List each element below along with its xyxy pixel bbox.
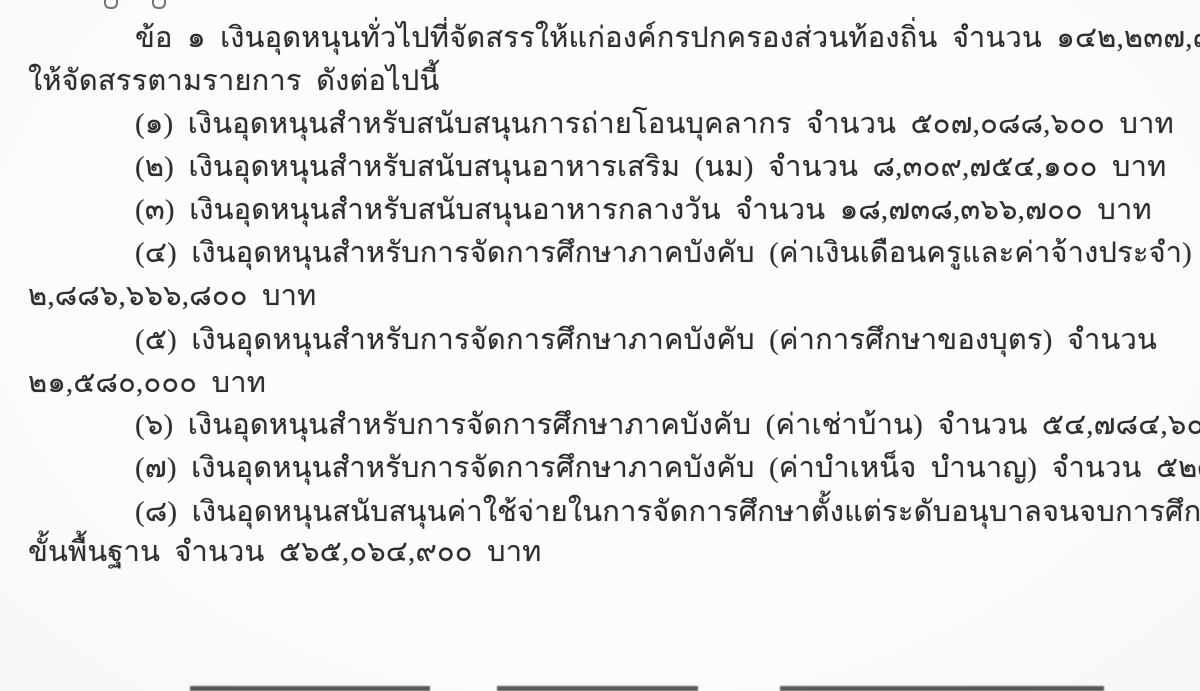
bottom-edge-artifact: [780, 686, 1104, 691]
allocation-item-6: (๖) เงินอุดหนุนสำหรับการจัดการศึกษาภาคบั…: [135, 407, 1160, 443]
allocation-item-2: (๒) เงินอุดหนุนสำหรับสนับสนุนอาหารเสริม …: [135, 149, 1160, 185]
document-page: ข้อ ๑ เงินอุดหนุนทั่วไปที่จัดสรรให้แก่อง…: [0, 0, 1200, 691]
allocation-item-8-cont: ขั้นพื้นฐาน จำนวน ๕๖๕,๐๖๔,๙๐๐ บาท: [28, 534, 1160, 570]
allocation-item-4-amount: ๒,๘๘๖,๖๖๖,๘๐๐ บาท: [28, 278, 1160, 314]
allocation-item-1: (๑) เงินอุดหนุนสำหรับสนับสนุนการถ่ายโอนบ…: [135, 106, 1160, 142]
allocation-item-4: (๔) เงินอุดหนุนสำหรับการจัดการศึกษาภาคบั…: [135, 235, 1160, 271]
cropped-previous-line-artifact: [104, 0, 118, 9]
clause-heading-line-cont: ให้จัดสรรตามรายการ ดังต่อไปนี้: [28, 63, 1160, 99]
bottom-edge-artifact: [190, 686, 430, 691]
allocation-item-5-amount: ๒๑,๕๘๐,๐๐๐ บาท: [28, 365, 1160, 401]
cropped-previous-line-artifact: [152, 0, 166, 9]
allocation-item-8: (๘) เงินอุดหนุนสนับสนุนค่าใช้จ่ายในการจั…: [135, 494, 1160, 530]
allocation-item-3: (๓) เงินอุดหนุนสำหรับสนับสนุนอาหารกลางวั…: [135, 192, 1160, 228]
bottom-edge-artifact: [497, 686, 698, 691]
allocation-item-7: (๗) เงินอุดหนุนสำหรับการจัดการศึกษาภาคบั…: [135, 450, 1160, 486]
allocation-item-5: (๕) เงินอุดหนุนสำหรับการจัดการศึกษาภาคบั…: [135, 322, 1160, 358]
clause-heading-line: ข้อ ๑ เงินอุดหนุนทั่วไปที่จัดสรรให้แก่อง…: [135, 20, 1160, 56]
